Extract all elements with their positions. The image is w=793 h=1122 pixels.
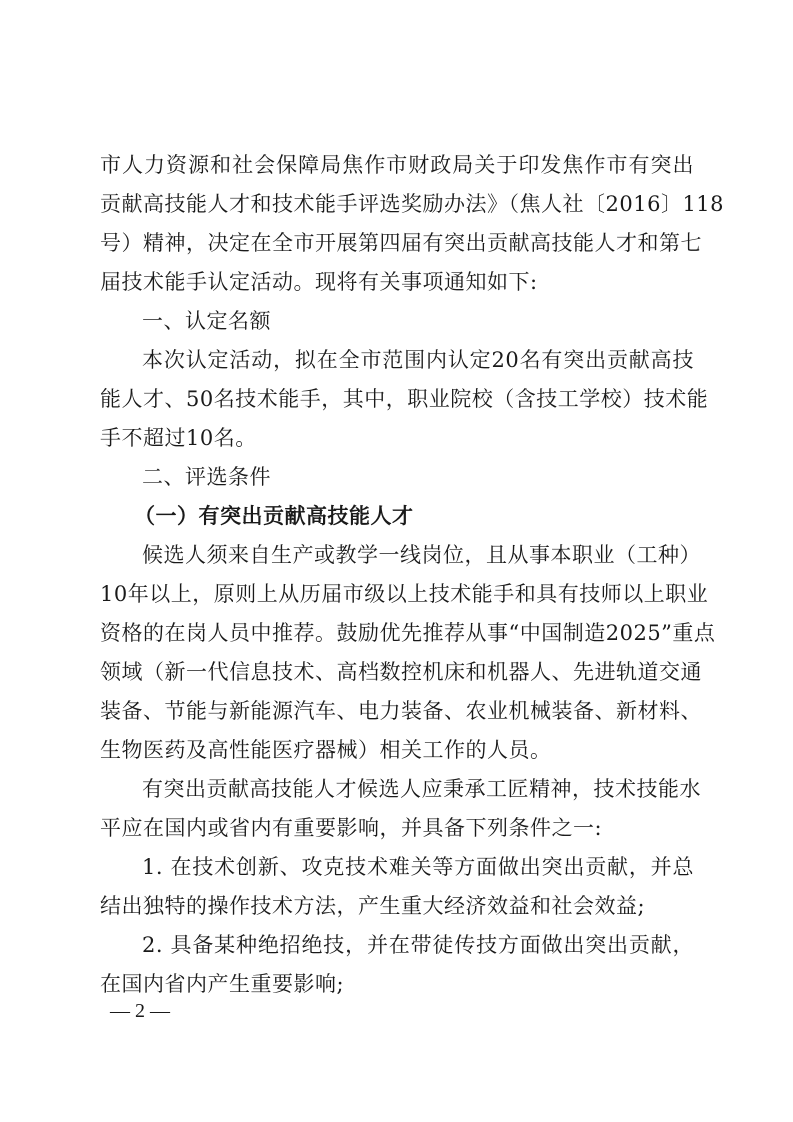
item2-line-1: 2. 具备某种绝招绝技，并在带徒传技方面做出突出贡献， [142,926,694,965]
intro-line-1: 市人力资源和社会保障局焦作市财政局关于印发焦作市有突出 [100,146,694,185]
section1-heading: 一、认定名额 [142,302,694,341]
section1-line-2: 能人才、50名技术能手，其中，职业院校（含技工学校）技术能 [100,380,694,419]
subsection1-line-3: 资格的在岗人员中推荐。鼓励优先推荐从事“中国制造2025”重点 [100,614,694,653]
document-page: 市人力资源和社会保障局焦作市财政局关于印发焦作市有突出 贡献高技能人才和技术能手… [0,0,793,1122]
item1-line-2: 结出独特的操作技术方法，产生重大经济效益和社会效益; [100,887,694,926]
intro-line-3: 号）精神，决定在全市开展第四届有突出贡献高技能人才和第七 [100,224,694,263]
subsection1-heading: （一）有突出贡献高技能人才 [134,497,686,536]
requirements-line-2: 平应在国内或省内有重要影响，并具备下列条件之一: [100,809,694,848]
intro-line-2: 贡献高技能人才和技术能手评选奖励办法》（焦人社〔2016〕118 [100,185,694,224]
section1-line-3: 手不超过10名。 [100,419,694,458]
item2-line-2: 在国内省内产生重要影响; [100,965,694,1004]
subsection1-line-2: 10年以上，原则上从历届市级以上技术能手和具有技师以上职业 [100,575,694,614]
section2-heading: 二、评选条件 [142,458,694,497]
section1-line-1: 本次认定活动，拟在全市范围内认定20名有突出贡献高技 [142,341,694,380]
intro-line-4: 届技术能手认定活动。现将有关事项通知如下: [100,263,694,302]
page-number: — 2 — [110,1000,170,1023]
subsection1-line-4: 领域（新一代信息技术、高档数控机床和机器人、先进轨道交通 [100,653,694,692]
subsection1-line-5: 装备、节能与新能源汽车、电力装备、农业机械装备、新材料、 [100,692,694,731]
requirements-line-1: 有突出贡献高技能人才候选人应秉承工匠精神，技术技能水 [142,770,694,809]
item1-line-1: 1. 在技术创新、攻克技术难关等方面做出突出贡献，并总 [142,848,694,887]
subsection1-line-1: 候选人须来自生产或教学一线岗位，且从事本职业（工种） [142,536,694,575]
subsection1-line-6: 生物医药及高性能医疗器械）相关工作的人员。 [100,731,694,770]
